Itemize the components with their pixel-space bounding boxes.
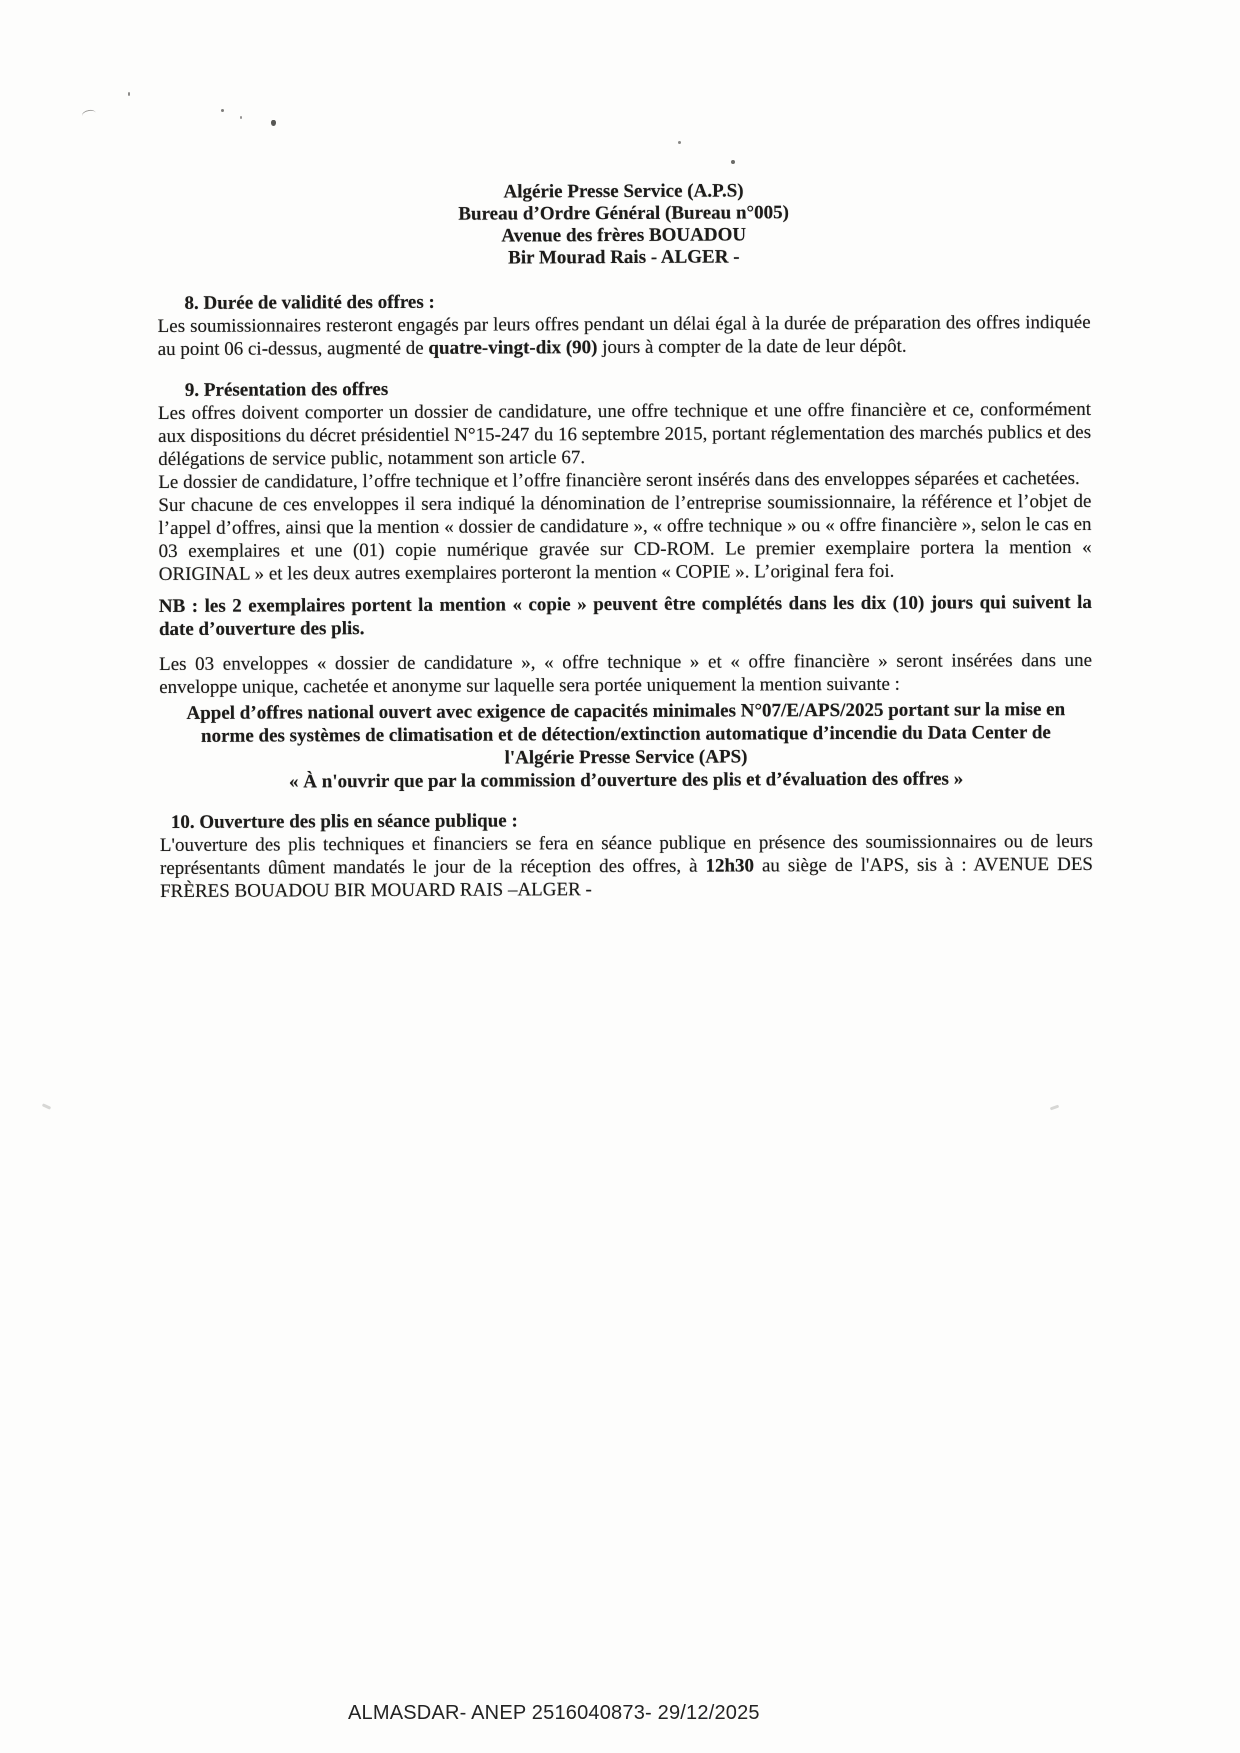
s8-text-bold-90-days: quatre-vingt-dix (90) — [428, 337, 597, 359]
letterhead-city: Bir Mourad Rais - ALGER - — [157, 245, 1090, 271]
section-10-paragraph: L'ouverture des plis techniques et finan… — [160, 830, 1093, 903]
nb-note: NB : les 2 exemplaires portent la mentio… — [159, 591, 1092, 641]
s8-text-2: jours à compter de la date de leur dépôt… — [597, 336, 906, 358]
section-9-paragraph-1: Les offres doivent comporter un dossier … — [158, 398, 1091, 471]
tender-notice-quote: « À n'ouvrir que par la commission d’ouv… — [160, 767, 1093, 794]
scan-speck — [221, 109, 224, 112]
scan-speck — [271, 120, 276, 126]
scan-speck — [678, 141, 681, 144]
section-8-paragraph: Les soumissionnaires resteront engagés p… — [158, 311, 1091, 361]
letterhead: Algérie Presse Service (A.P.S) Bureau d’… — [157, 179, 1090, 271]
scanned-document-page: Algérie Presse Service (A.P.S) Bureau d’… — [0, 0, 1240, 1753]
tender-notice-title: Appel d’offres national ouvert avec exig… — [159, 698, 1092, 771]
section-9-paragraph-4: Les 03 enveloppes « dossier de candidatu… — [159, 649, 1092, 699]
scan-speck — [42, 1103, 51, 1110]
scan-speck — [240, 116, 242, 119]
scan-speck — [81, 109, 97, 121]
section-9-paragraph-3: Sur chacune de ces enveloppes il sera in… — [158, 490, 1091, 586]
anep-footer-reference: ALMASDAR- ANEP 2516040873- 29/12/2025 — [348, 1702, 760, 1725]
document-content: Algérie Presse Service (A.P.S) Bureau d’… — [157, 179, 1093, 903]
scan-speck — [731, 160, 735, 164]
s10-text-bold-time: 12h30 — [705, 855, 754, 876]
scan-speck — [128, 92, 130, 96]
scan-speck — [1050, 1105, 1059, 1111]
